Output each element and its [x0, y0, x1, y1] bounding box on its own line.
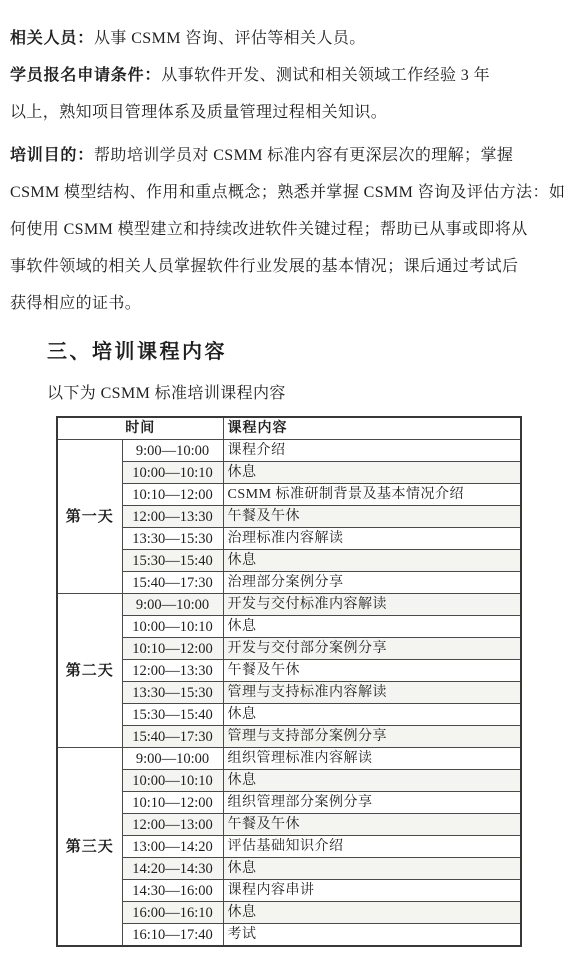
content-cell: 休息 [223, 858, 521, 880]
table-row: 15:30—15:40 休息 [57, 704, 521, 726]
time-cell: 9:00—10:00 [122, 594, 223, 616]
table-row: 14:30—16:00 课程内容串讲 [57, 880, 521, 902]
content-cell: 评估基础知识介绍 [223, 836, 521, 858]
table-header-row: 时间 课程内容 [57, 417, 521, 440]
table-row: 15:30—15:40 休息 [57, 550, 521, 572]
section-heading: 三、培训课程内容 [10, 337, 565, 367]
time-cell: 12:00—13:00 [122, 814, 223, 836]
content-cell: 治理标准内容解读 [223, 528, 521, 550]
content-cell: 组织管理标准内容解读 [223, 748, 521, 770]
table-intro: 以下为 CSMM 标准培训课程内容 [10, 381, 565, 407]
day-3-label: 第三天 [57, 748, 122, 947]
time-cell: 10:00—10:10 [122, 462, 223, 484]
content-cell: 开发与交付部分案例分享 [223, 638, 521, 660]
time-cell: 15:30—15:40 [122, 550, 223, 572]
time-cell: 15:40—17:30 [122, 572, 223, 594]
paragraph-line: 获得相应的证书。 [10, 285, 522, 322]
paragraph-line: 培训目的：帮助培训学员对 CSMM 标准内容有更深层次的理解；掌握 [10, 147, 513, 164]
table-row: 16:00—16:10 休息 [57, 902, 521, 924]
content-cell: 休息 [223, 770, 521, 792]
day-2-label: 第二天 [57, 594, 122, 748]
table-row: 第三天 9:00—10:00 组织管理标准内容解读 [57, 748, 521, 770]
content-cell: 休息 [223, 550, 521, 572]
paragraph-line: 以上，熟知项目管理体系及质量管理过程相关知识。 [10, 94, 522, 131]
course-schedule-table: 时间 课程内容 第一天 9:00—10:00 课程介绍 10:00—10:10 … [56, 416, 522, 947]
content-cell: 午餐及午休 [223, 660, 521, 682]
table-row: 10:10—12:00 CSMM 标准研制背景及基本情况介绍 [57, 484, 521, 506]
content-cell: 休息 [223, 616, 521, 638]
time-cell: 10:00—10:10 [122, 770, 223, 792]
time-cell: 14:30—16:00 [122, 880, 223, 902]
time-cell: 9:00—10:00 [122, 440, 223, 462]
content-cell: 治理部分案例分享 [223, 572, 521, 594]
content-cell: 组织管理部分案例分享 [223, 792, 521, 814]
content-cell: 管理与支持部分案例分享 [223, 726, 521, 748]
paragraph-line: 相关人员：从事 CSMM 咨询、评估等相关人员。 [10, 30, 366, 47]
paragraph-text: 从事 CSMM 咨询、评估等相关人员。 [94, 30, 366, 47]
time-cell: 10:10—12:00 [122, 638, 223, 660]
content-cell: CSMM 标准研制背景及基本情况介绍 [223, 484, 521, 506]
time-cell: 13:30—15:30 [122, 528, 223, 550]
time-cell: 10:10—12:00 [122, 792, 223, 814]
time-cell: 12:00—13:30 [122, 660, 223, 682]
table-row: 13:30—15:30 治理标准内容解读 [57, 528, 521, 550]
table-row: 10:00—10:10 休息 [57, 462, 521, 484]
time-cell: 16:10—17:40 [122, 924, 223, 947]
table-row: 13:30—15:30 管理与支持标准内容解读 [57, 682, 521, 704]
table-row: 13:00—14:20 评估基础知识介绍 [57, 836, 521, 858]
table-row: 15:40—17:30 治理部分案例分享 [57, 572, 521, 594]
paragraph-related-personnel: 相关人员：从事 CSMM 咨询、评估等相关人员。 [10, 20, 522, 57]
time-cell: 15:30—15:40 [122, 704, 223, 726]
content-cell: 休息 [223, 902, 521, 924]
table-row: 10:10—12:00 组织管理部分案例分享 [57, 792, 521, 814]
content-cell: 开发与交付标准内容解读 [223, 594, 521, 616]
time-cell: 15:40—17:30 [122, 726, 223, 748]
time-cell: 9:00—10:00 [122, 748, 223, 770]
table-row: 12:00—13:30 午餐及午休 [57, 506, 521, 528]
time-cell: 10:10—12:00 [122, 484, 223, 506]
time-cell: 16:00—16:10 [122, 902, 223, 924]
header-content: 课程内容 [223, 417, 521, 440]
time-cell: 12:00—13:30 [122, 506, 223, 528]
paragraph-line: 学员报名申请条件：从事软件开发、测试和相关领域工作经验 3 年 [10, 67, 490, 84]
content-cell: 课程内容串讲 [223, 880, 521, 902]
content-cell: 课程介绍 [223, 440, 521, 462]
time-cell: 13:00—14:20 [122, 836, 223, 858]
table-row: 12:00—13:00 午餐及午休 [57, 814, 521, 836]
table-row: 第二天 9:00—10:00 开发与交付标准内容解读 [57, 594, 521, 616]
paragraph-text: 帮助培训学员对 CSMM 标准内容有更深层次的理解；掌握 [94, 147, 513, 164]
paragraph-label: 相关人员： [10, 30, 94, 47]
content-cell: 休息 [223, 704, 521, 726]
table-row: 10:10—12:00 开发与交付部分案例分享 [57, 638, 521, 660]
header-time: 时间 [57, 417, 223, 440]
content-cell: 管理与支持标准内容解读 [223, 682, 521, 704]
paragraph-label: 培训目的： [10, 147, 94, 164]
table-row: 12:00—13:30 午餐及午休 [57, 660, 521, 682]
content-cell: 午餐及午休 [223, 814, 521, 836]
time-cell: 13:30—15:30 [122, 682, 223, 704]
document-page: 相关人员：从事 CSMM 咨询、评估等相关人员。 学员报名申请条件：从事软件开发… [0, 0, 573, 962]
paragraph-training-objectives: 培训目的：帮助培训学员对 CSMM 标准内容有更深层次的理解；掌握 CSMM 模… [10, 137, 522, 322]
time-cell: 14:20—14:30 [122, 858, 223, 880]
paragraph-line: 事软件领域的相关人员掌握软件行业发展的基本情况；课后通过考试后 [10, 248, 522, 285]
paragraph-enrollment-requirements: 学员报名申请条件：从事软件开发、测试和相关领域工作经验 3 年 以上，熟知项目管… [10, 57, 522, 131]
day-1-label: 第一天 [57, 440, 122, 594]
content-cell: 午餐及午休 [223, 506, 521, 528]
content-cell: 考试 [223, 924, 521, 947]
table-row: 16:10—17:40 考试 [57, 924, 521, 947]
paragraph-line: CSMM 模型结构、作用和重点概念；熟悉并掌握 CSMM 咨询及评估方法：如 [10, 174, 522, 211]
time-cell: 10:00—10:10 [122, 616, 223, 638]
paragraph-line: 何使用 CSMM 模型建立和持续改进软件关键过程；帮助已从事或即将从 [10, 211, 522, 248]
table-row: 10:00—10:10 休息 [57, 616, 521, 638]
table-row: 第一天 9:00—10:00 课程介绍 [57, 440, 521, 462]
paragraph-text: 从事软件开发、测试和相关领域工作经验 3 年 [161, 67, 490, 84]
table-row: 14:20—14:30 休息 [57, 858, 521, 880]
paragraph-label: 学员报名申请条件： [10, 67, 161, 84]
content-cell: 休息 [223, 462, 521, 484]
table-row: 10:00—10:10 休息 [57, 770, 521, 792]
table-row: 15:40—17:30 管理与支持部分案例分享 [57, 726, 521, 748]
